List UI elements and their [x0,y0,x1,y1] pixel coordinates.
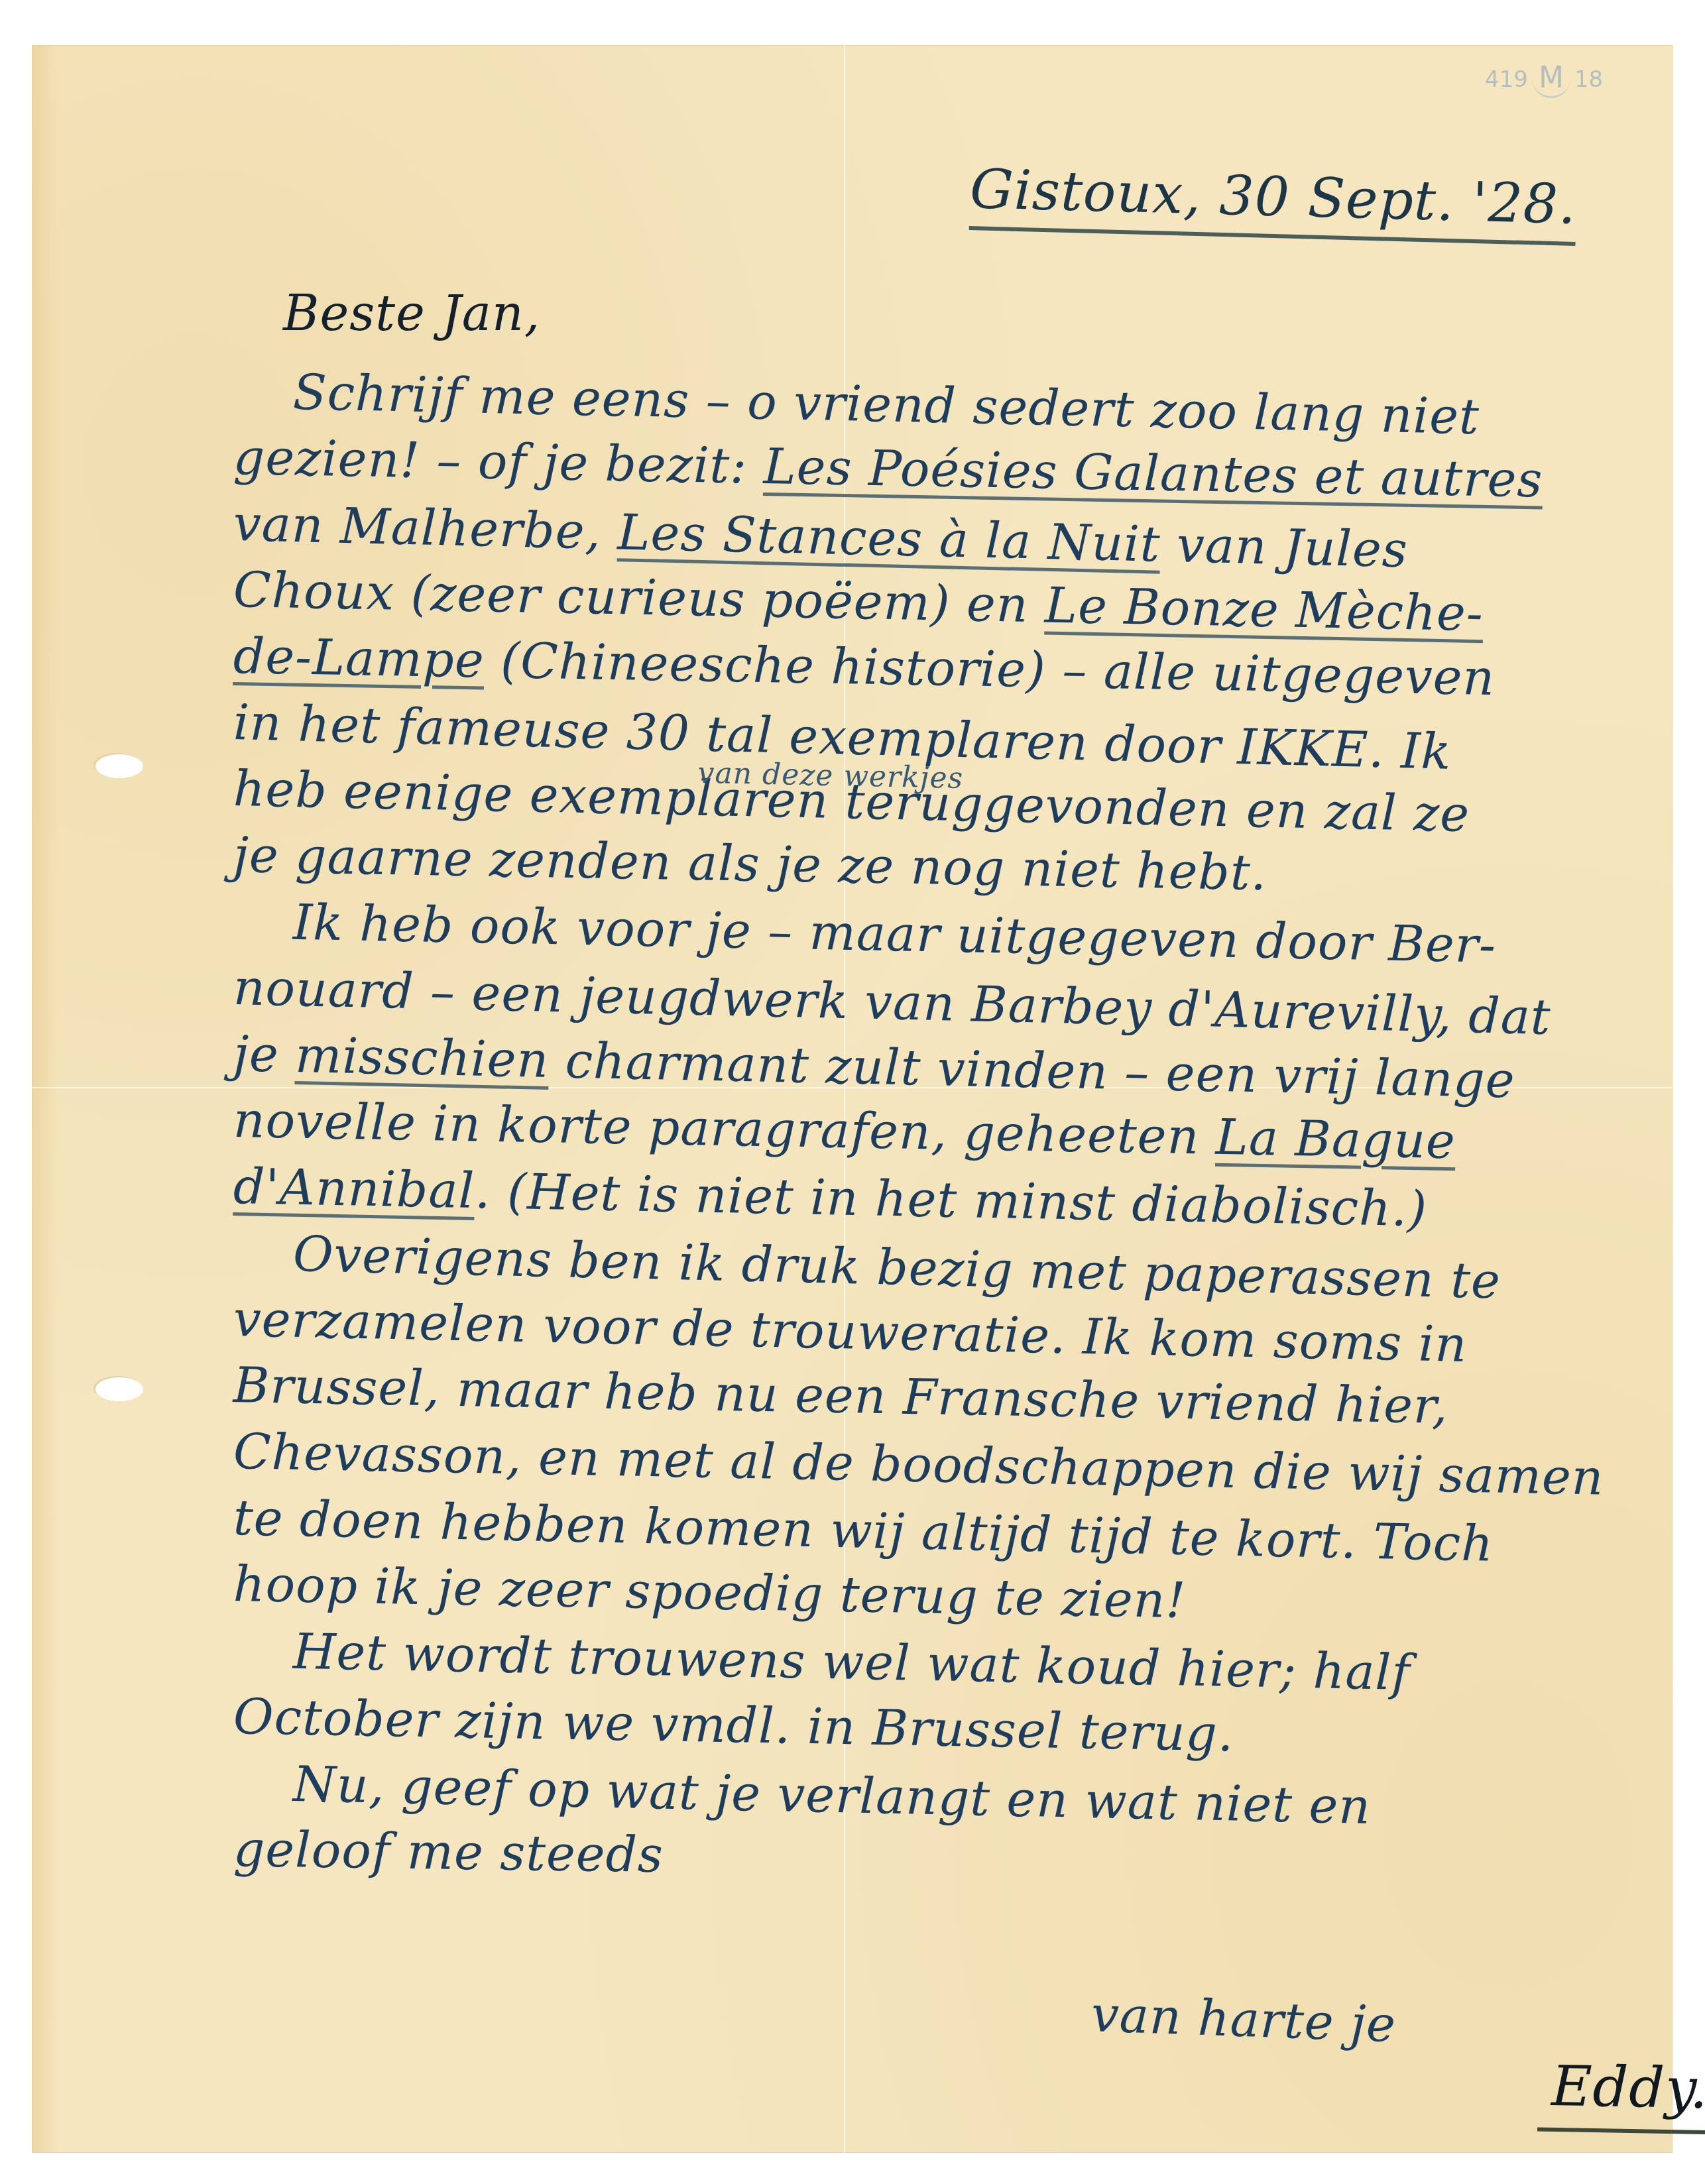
line-text: hoop ik je zeer spoedig terug te zien! [233,1556,1187,1629]
interlinear-insertion: van deze werkjes [697,740,964,812]
line-text: (Chineesche historie) – alle uitgegeven [484,632,1496,707]
underlined-title: misschien [294,1027,550,1089]
punch-hole-top [95,754,143,778]
punch-hole-bottom [95,1377,143,1401]
archive-mark-letter: M [1532,61,1570,98]
line-text: October zijn we vmdl. in Brussel terug. [233,1688,1234,1762]
underlined-title: de-Lampe [233,628,485,689]
line-text: je gaarne zenden als je ze nog niet hebt… [233,827,1267,901]
underlined-title: La Bague [1215,1109,1456,1170]
line-text: geloof me steeds [233,1821,664,1884]
closing-phrase: van harte je [1090,1986,1397,2053]
underlined-title: Les Poésies Galantes et autres [763,438,1543,509]
archive-mark-suffix: 18 [1574,66,1603,93]
line-text: van Jules [1160,516,1409,579]
underlined-title: d'Annibal [233,1158,475,1220]
archive-mark-prefix: 419 [1485,66,1528,93]
line-text: gezien! – of je bezit: [233,429,764,495]
greeting: Beste Jan, [283,285,540,342]
line-text: Choux (zeer curieus poëem) en [233,561,1045,634]
archive-pencil-mark: 419 M 18 [1485,53,1571,106]
underlined-title: Les Stances à la Nuit [617,504,1161,573]
underlined-title: Le Bonze Mèche- [1044,577,1484,643]
signature: Eddy. [1537,2053,1705,2135]
line-text: novelle in korte paragrafen, geheeten [233,1092,1216,1166]
line-text: je [233,1025,296,1084]
letter-body: Schrijf me eens – o vriend sedert zoo la… [233,358,1625,1882]
line-text: van Malherbe, [233,495,618,561]
line-text: . (Het is niet in het minst diabolisch.) [474,1163,1428,1238]
